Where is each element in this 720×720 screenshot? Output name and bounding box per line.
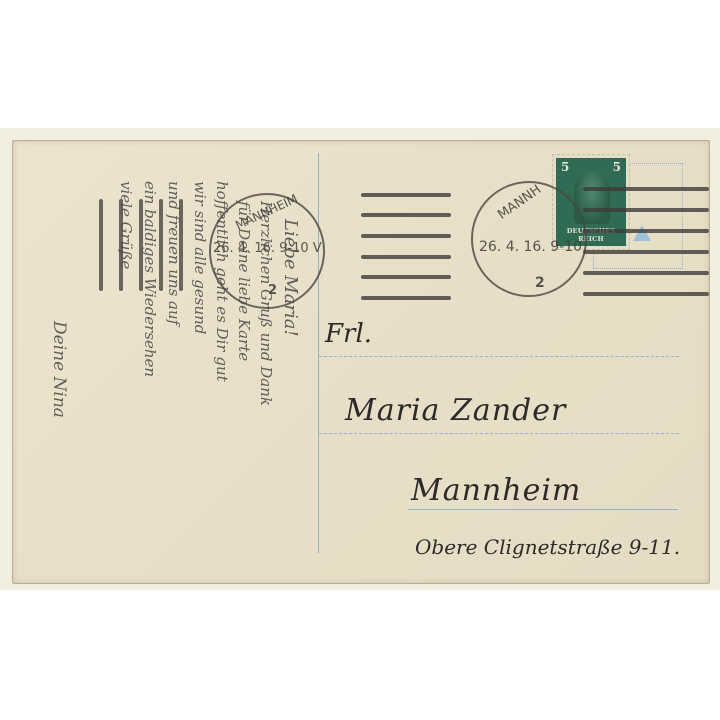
address-street: Obere Clignetstraße 9-11. <box>415 535 680 559</box>
postcard: 5 5 DEUTSCHES REICH MANNH 26. 4. 16. 9-1… <box>12 140 710 584</box>
message-line: für Deine liebe Karte <box>235 201 253 361</box>
cancel-line <box>361 296 451 300</box>
cancel-line <box>361 234 451 238</box>
cancel-line <box>583 292 709 296</box>
cancel-line <box>583 208 709 212</box>
blue-triangle-mark <box>633 225 651 241</box>
address-name: Maria Zander <box>345 393 566 428</box>
cancel-line <box>583 187 709 191</box>
address-line-3 <box>408 509 678 510</box>
message-line: und freuen uns auf <box>165 181 183 325</box>
postmark-right-number: 2 <box>535 275 545 291</box>
center-divider <box>318 153 319 553</box>
stamp-value-left: 5 <box>561 160 569 174</box>
message-line: viele Grüße <box>117 181 135 269</box>
cancel-line <box>361 255 451 259</box>
message-signature: Deine Nina <box>49 321 69 418</box>
message-line: Herzlichen Gruß und Dank <box>257 201 275 406</box>
address-city: Mannheim <box>411 473 581 508</box>
postmark-right-date: 26. 4. 16. 9-10 <box>479 239 582 255</box>
cancel-line <box>583 229 709 233</box>
message-line: hoffentlich geht es Dir gut <box>213 181 231 382</box>
address-line-1 <box>319 356 679 357</box>
address-salutation: Frl. <box>325 319 372 349</box>
message-line: wir sind alle gesund <box>191 181 209 334</box>
cancel-line <box>583 271 709 275</box>
cancel-line <box>361 213 451 217</box>
address-line-2 <box>319 433 679 434</box>
cancel-line <box>361 275 451 279</box>
cancel-bar <box>159 199 163 291</box>
cancel-line <box>583 250 709 254</box>
cancel-line <box>361 193 451 197</box>
message-greeting: Liebe Maria! <box>280 219 301 337</box>
stamp-value-right: 5 <box>613 160 621 174</box>
cancel-bar <box>99 199 103 291</box>
message-line: ein baldiges Wiedersehen <box>141 181 159 377</box>
